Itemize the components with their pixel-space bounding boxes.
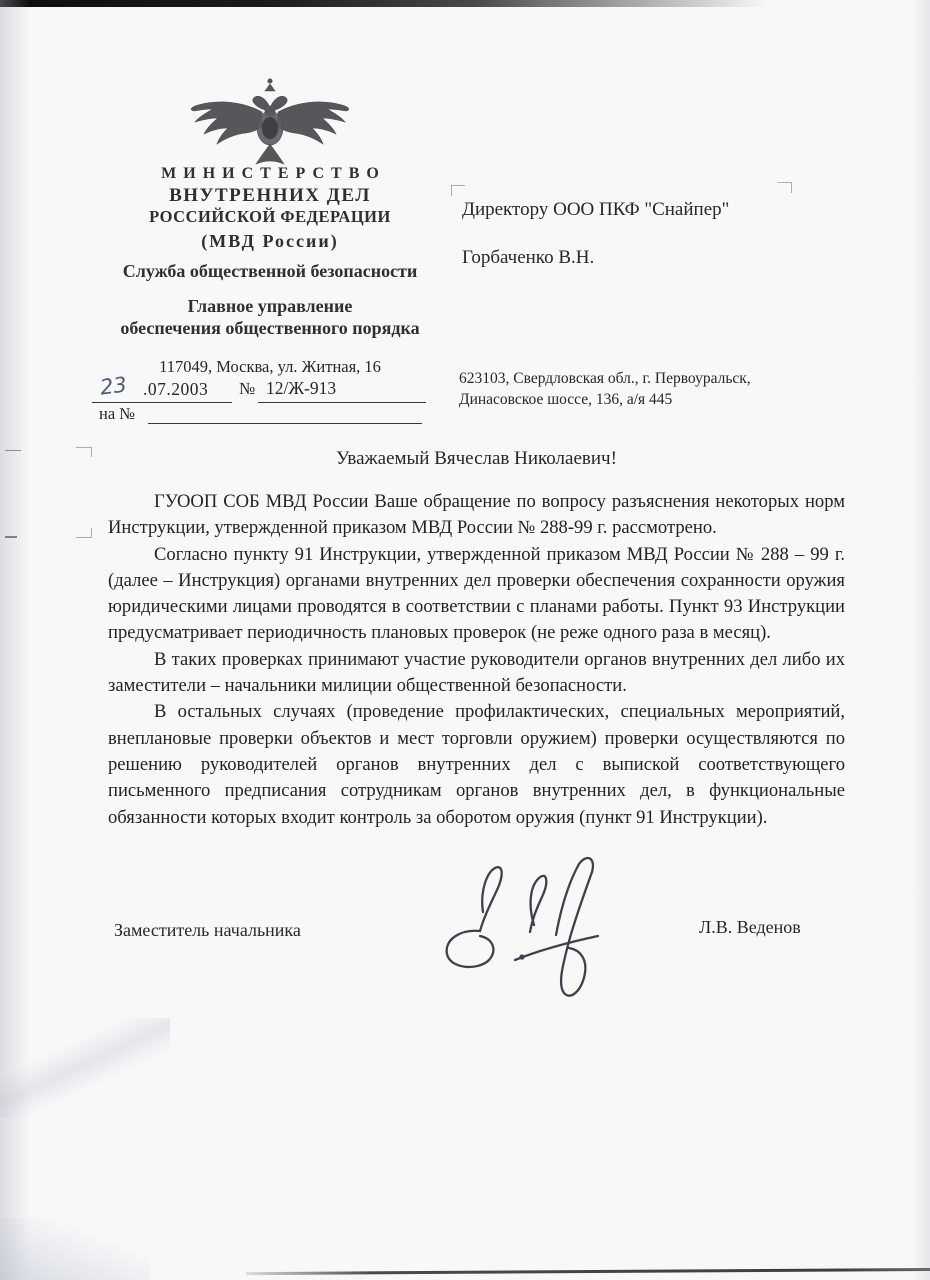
- recipient-position-line: Директору ООО ПКФ "Снайпер": [462, 199, 729, 221]
- salutation: Уважаемый Вячеслав Николаевич!: [108, 448, 845, 470]
- mvd-double-headed-eagle-icon: [186, 76, 354, 166]
- outgoing-number: 12/Ж-913: [266, 378, 336, 399]
- letterhead-postal-address: 117049, Москва, ул. Житная, 16: [88, 357, 452, 377]
- body-paragraph: ГУООП СОБ МВД России Ваше обращение по в…: [108, 489, 845, 542]
- body-paragraph: Согласно пункту 91 Инструкции, утвержден…: [108, 542, 845, 647]
- department-line: Главное управление: [88, 296, 452, 318]
- signer-position: Заместитель начальника: [114, 920, 301, 941]
- body-paragraph: В остальных случаях (проведение профилак…: [108, 699, 845, 830]
- recipient-address-line: Динасовское шоссе, 136, а/я 445: [459, 390, 751, 411]
- paper-fold-crease: [0, 1018, 170, 1118]
- scan-bottom-left-shadow: [0, 1218, 150, 1280]
- body-paragraph: В таких проверках принимают участие руко…: [108, 647, 845, 700]
- date-month-year: .07.2003: [143, 379, 208, 400]
- left-margin-corner-mark: [76, 447, 92, 457]
- handwritten-signature-icon: [428, 855, 613, 1005]
- left-margin-fold-mark: [5, 536, 17, 538]
- address-zone-corner-mark-right: [778, 182, 792, 193]
- recipient-name-line: Горбаченко В.Н.: [462, 247, 594, 269]
- number-sign-label: №: [239, 379, 255, 399]
- department-line: обеспечения общественного порядка: [88, 318, 452, 340]
- number-underline: [258, 402, 426, 403]
- ministry-line: (МВД России): [88, 231, 452, 253]
- date-underline: [92, 402, 232, 403]
- handwritten-date-day: 23: [99, 372, 128, 399]
- left-margin-fold-mark: [5, 450, 21, 451]
- recipient-address-block: 623103, Свердловская обл., г. Первоураль…: [459, 369, 751, 410]
- letterhead-ministry-block: МИНИСТЕРСТВО ВНУТРЕННИХ ДЕЛ РОССИЙСКОЙ Ф…: [88, 163, 452, 252]
- ministry-line: ВНУТРЕННИХ ДЕЛ: [88, 185, 452, 207]
- letterhead-service-name: Служба общественной безопасности: [88, 261, 452, 282]
- recipient-address-line: 623103, Свердловская обл., г. Первоураль…: [459, 369, 751, 390]
- letter-body: ГУООП СОБ МВД России Ваше обращение по в…: [108, 489, 845, 831]
- scan-bottom-edge-shadow: [246, 1268, 930, 1275]
- reply-to-number-label: на №: [99, 404, 135, 424]
- reply-number-underline: [148, 423, 422, 424]
- ministry-line: РОССИЙСКОЙ ФЕДЕРАЦИИ: [88, 206, 452, 228]
- ministry-line: МИНИСТЕРСТВО: [88, 163, 452, 185]
- scanned-letter-page: МИНИСТЕРСТВО ВНУТРЕННИХ ДЕЛ РОССИЙСКОЙ Ф…: [0, 0, 930, 1280]
- scan-top-edge-shadow: [0, 0, 768, 7]
- signer-name: Л.В. Веденов: [699, 917, 801, 938]
- left-margin-corner-mark: [76, 528, 92, 538]
- address-zone-corner-mark-left: [451, 185, 465, 196]
- letterhead-department-block: Главное управление обеспечения обществен…: [88, 296, 452, 339]
- scan-right-edge-shade: [912, 0, 930, 1280]
